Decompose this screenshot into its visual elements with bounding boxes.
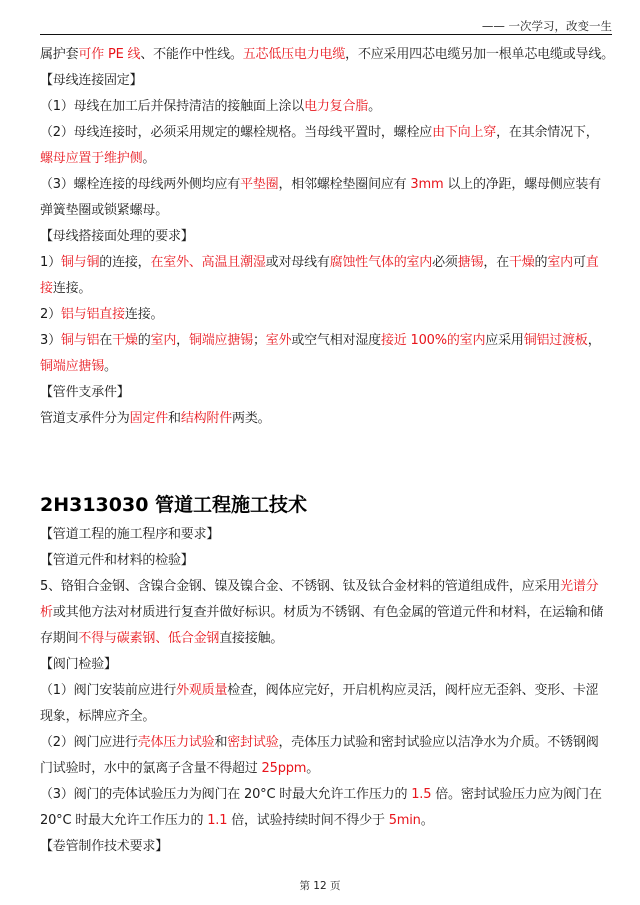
text-run: 【管道元件和材料的检验】: [40, 553, 194, 568]
text-line: 现象，标牌应齐全。: [40, 704, 155, 730]
highlighted-text: 5min: [389, 813, 421, 828]
text-line: 弹簧垫圈或锁紧螺母。: [40, 198, 168, 224]
text-line: 【卷管制作技术要求】: [40, 834, 168, 860]
text-run: 存期间: [40, 631, 78, 646]
text-run: 【管件支承件】: [40, 385, 130, 400]
text-run: 2）: [40, 307, 61, 322]
highlighted-text: 析: [40, 605, 53, 620]
highlighted-text: 壳体压力试验: [138, 735, 215, 750]
text-line: 【阀门检验】: [40, 652, 117, 678]
highlighted-text: 固定件: [130, 411, 168, 426]
text-line: 接连接。: [40, 276, 91, 302]
highlighted-text: 铜端应搪锡: [40, 359, 104, 374]
text-run: 【卷管制作技术要求】: [40, 839, 168, 854]
text-line: （2）阀门应进行壳体压力试验和密封试验，壳体压力试验和密封试验应以洁净水为介质。…: [40, 730, 599, 756]
text-run: 5、铬钼合金钢、含镍合金钢、镍及镍合金、不锈钢、钛及钛合金材料的管道组成件，应采…: [40, 579, 560, 594]
text-run: 、不能作中性线。: [140, 47, 242, 62]
text-run: 的: [535, 255, 548, 270]
text-line: （3）螺栓连接的母线两外侧均应有平垫圈，相邻螺栓垫圈间应有 3mm 以上的净距，…: [40, 172, 601, 198]
text-run: 倍。密封试验压力应为阀门在: [431, 787, 601, 802]
highlighted-text: 干燥: [112, 333, 138, 348]
text-run: 。: [306, 761, 319, 776]
highlighted-text: 干燥: [509, 255, 535, 270]
text-run: 门试验时，水中的氯离子含量不得超过: [40, 761, 262, 776]
highlighted-text: 搪锡: [458, 255, 484, 270]
text-run: 【管道工程的施工程序和要求】: [40, 527, 219, 542]
text-run: 属护套: [40, 47, 78, 62]
text-run: 的连接，: [99, 255, 150, 270]
text-run: 或对母线有: [266, 255, 330, 270]
text-line: （2）母线连接时，必须采用规定的螺栓规格。当母线平置时，螺栓应由下向上穿，在其余…: [40, 120, 599, 146]
highlighted-text: 直: [586, 255, 599, 270]
text-run: 20°C 时最大允许工作压力的: [40, 813, 207, 828]
page-number: 第 12 页: [0, 878, 640, 893]
text-run: 以上的净距，螺母侧应装有: [443, 177, 601, 192]
text-run: 。: [368, 99, 381, 114]
text-line: 5、铬钼合金钢、含镍合金钢、镍及镍合金、不锈钢、钛及钛合金材料的管道组成件，应采…: [40, 574, 598, 600]
highlighted-text: 铜端应搪锡: [189, 333, 253, 348]
text-line: 【管件支承件】: [40, 380, 130, 406]
highlighted-text: 在室外、高温且潮湿: [150, 255, 265, 270]
text-run: （2）母线连接时，必须采用规定的螺栓规格。当母线平置时，螺栓应: [40, 125, 432, 140]
text-run: （1）母线在加工后并保持清洁的接触面上涂以: [40, 99, 304, 114]
text-run: 连接。: [125, 307, 163, 322]
text-line: 【母线搭接面处理的要求】: [40, 224, 194, 250]
text-run: 【母线搭接面处理的要求】: [40, 229, 194, 244]
text-line: 存期间不得与碳素钢、低合金钢直接接触。: [40, 626, 283, 652]
highlighted-text: 1.5: [411, 787, 431, 802]
text-run: 和: [168, 411, 181, 426]
text-line: 析或其他方法对材质进行复查并做好标识。材质为不锈钢、有色金属的管道元件和材料，在…: [40, 600, 603, 626]
text-line: 3）铜与铝在干燥的室内，铜端应搪锡；室外或空气相对湿度接近 100%的室内应采用…: [40, 328, 601, 354]
text-line: 【管道工程的施工程序和要求】: [40, 522, 219, 548]
text-run: ，在: [483, 255, 509, 270]
text-run: 3）: [40, 333, 61, 348]
text-line: 螺母应置于维护侧。: [40, 146, 155, 172]
highlighted-text: 螺母应置于维护侧: [40, 151, 142, 166]
text-run: 弹簧垫圈或锁紧螺母。: [40, 203, 168, 218]
text-run: （2）阀门应进行: [40, 735, 138, 750]
text-run: 应采用: [485, 333, 523, 348]
text-run: 直接接触。: [219, 631, 283, 646]
text-line: 门试验时，水中的氯离子含量不得超过 25ppm。: [40, 756, 319, 782]
highlighted-text: 光谱分: [560, 579, 598, 594]
text-run: 。: [421, 813, 434, 828]
text-run: 。: [142, 151, 155, 166]
highlighted-text: 电力复合脂: [304, 99, 368, 114]
text-line: 属护套可作 PE 线、不能作中性线。五芯低压电力电缆，不应采用四芯电缆另加一根单…: [40, 42, 614, 68]
text-run: 1）: [40, 255, 61, 270]
text-run: 。: [104, 359, 117, 374]
text-line: 管道支承件分为固定件和结构附件两类。: [40, 406, 270, 432]
text-line: 【管道元件和材料的检验】: [40, 548, 194, 574]
text-run: （1）阀门安装前应进行: [40, 683, 176, 698]
highlighted-text: 室内: [547, 255, 573, 270]
text-line: 2）铝与铝直接连接。: [40, 302, 163, 328]
text-run: ；: [253, 333, 266, 348]
text-line: 1）铜与铜的连接，在室外、高温且潮湿或对母线有腐蚀性气体的室内必须搪锡，在干燥的…: [40, 250, 599, 276]
highlighted-text: 1.1: [207, 813, 227, 828]
text-run: 检查，阀体应完好，开启机构应灵活，阀杆应无歪斜、变形、卡涩: [227, 683, 598, 698]
text-run: 连接。: [53, 281, 91, 296]
highlighted-text: 室内: [151, 333, 177, 348]
highlighted-text: 接近 100%的室内: [381, 333, 485, 348]
text-run: 倍，试验持续时间不得少于: [227, 813, 388, 828]
text-run: 或空气相对湿度: [291, 333, 381, 348]
text-run: 2H313030 管道工程施工技术: [40, 494, 307, 516]
highlighted-text: 室外: [266, 333, 292, 348]
highlighted-text: 25ppm: [262, 761, 307, 776]
text-run: ，相邻螺栓垫圈间应有: [278, 177, 410, 192]
text-line: 【母线连接固定】: [40, 68, 142, 94]
highlighted-text: 铝与铝直接: [61, 307, 125, 322]
text-run: ，在其余情况下，: [496, 125, 598, 140]
highlighted-text: 腐蚀性气体的室内: [330, 255, 432, 270]
text-run: ，: [588, 333, 601, 348]
highlighted-text: 铜与铜: [61, 255, 99, 270]
text-run: （3）阀门的壳体试验压力为阀门在 20°C 时最大允许工作压力的: [40, 787, 411, 802]
text-run: ，: [176, 333, 189, 348]
text-run: ，壳体压力试验和密封试验应以洁净水为介质。不锈钢阀: [279, 735, 599, 750]
text-run: （3）螺栓连接的母线两外侧均应有: [40, 177, 240, 192]
text-line: （1）阀门安装前应进行外观质量检查，阀体应完好，开启机构应灵活，阀杆应无歪斜、变…: [40, 678, 598, 704]
text-line: （1）母线在加工后并保持清洁的接触面上涂以电力复合脂。: [40, 94, 381, 120]
highlighted-text: 由下向上穿: [432, 125, 496, 140]
text-line: （3）阀门的壳体试验压力为阀门在 20°C 时最大允许工作压力的 1.5 倍。密…: [40, 782, 602, 808]
text-run: ，不应采用四芯电缆另加一根单芯电缆或导线。: [345, 47, 614, 62]
page-header: —— 一次学习，改变一生: [40, 20, 612, 35]
highlighted-text: 可作 PE 线: [78, 47, 140, 62]
text-line: 铜端应搪锡。: [40, 354, 117, 380]
text-run: 可: [573, 255, 586, 270]
highlighted-text: 结构附件: [181, 411, 232, 426]
text-run: 【母线连接固定】: [40, 73, 142, 88]
highlighted-text: 外观质量: [176, 683, 227, 698]
header-slogan: —— 一次学习，改变一生: [482, 18, 612, 34]
text-run: 管道支承件分为: [40, 411, 130, 426]
highlighted-text: 3mm: [410, 177, 443, 192]
highlighted-text: 接: [40, 281, 53, 296]
text-run: 和: [214, 735, 227, 750]
text-run: 【阀门检验】: [40, 657, 117, 672]
highlighted-text: 铜与铝: [61, 333, 99, 348]
text-run: 的: [138, 333, 151, 348]
text-run: 在: [99, 333, 112, 348]
text-run: 必须: [432, 255, 458, 270]
text-run: 现象，标牌应齐全。: [40, 709, 155, 724]
highlighted-text: 不得与碳素钢、低合金钢: [78, 631, 219, 646]
highlighted-text: 五芯低压电力电缆: [243, 47, 345, 62]
highlighted-text: 铜铝过渡板: [524, 333, 588, 348]
highlighted-text: 密封试验: [227, 735, 278, 750]
text-line: 20°C 时最大允许工作压力的 1.1 倍，试验持续时间不得少于 5min。: [40, 808, 434, 834]
text-run: 或其他方法对材质进行复查并做好标识。材质为不锈钢、有色金属的管道元件和材料，在运…: [53, 605, 603, 620]
text-run: 两类。: [232, 411, 270, 426]
highlighted-text: 平垫圈: [240, 177, 278, 192]
section-heading: 2H313030 管道工程施工技术: [40, 490, 307, 520]
